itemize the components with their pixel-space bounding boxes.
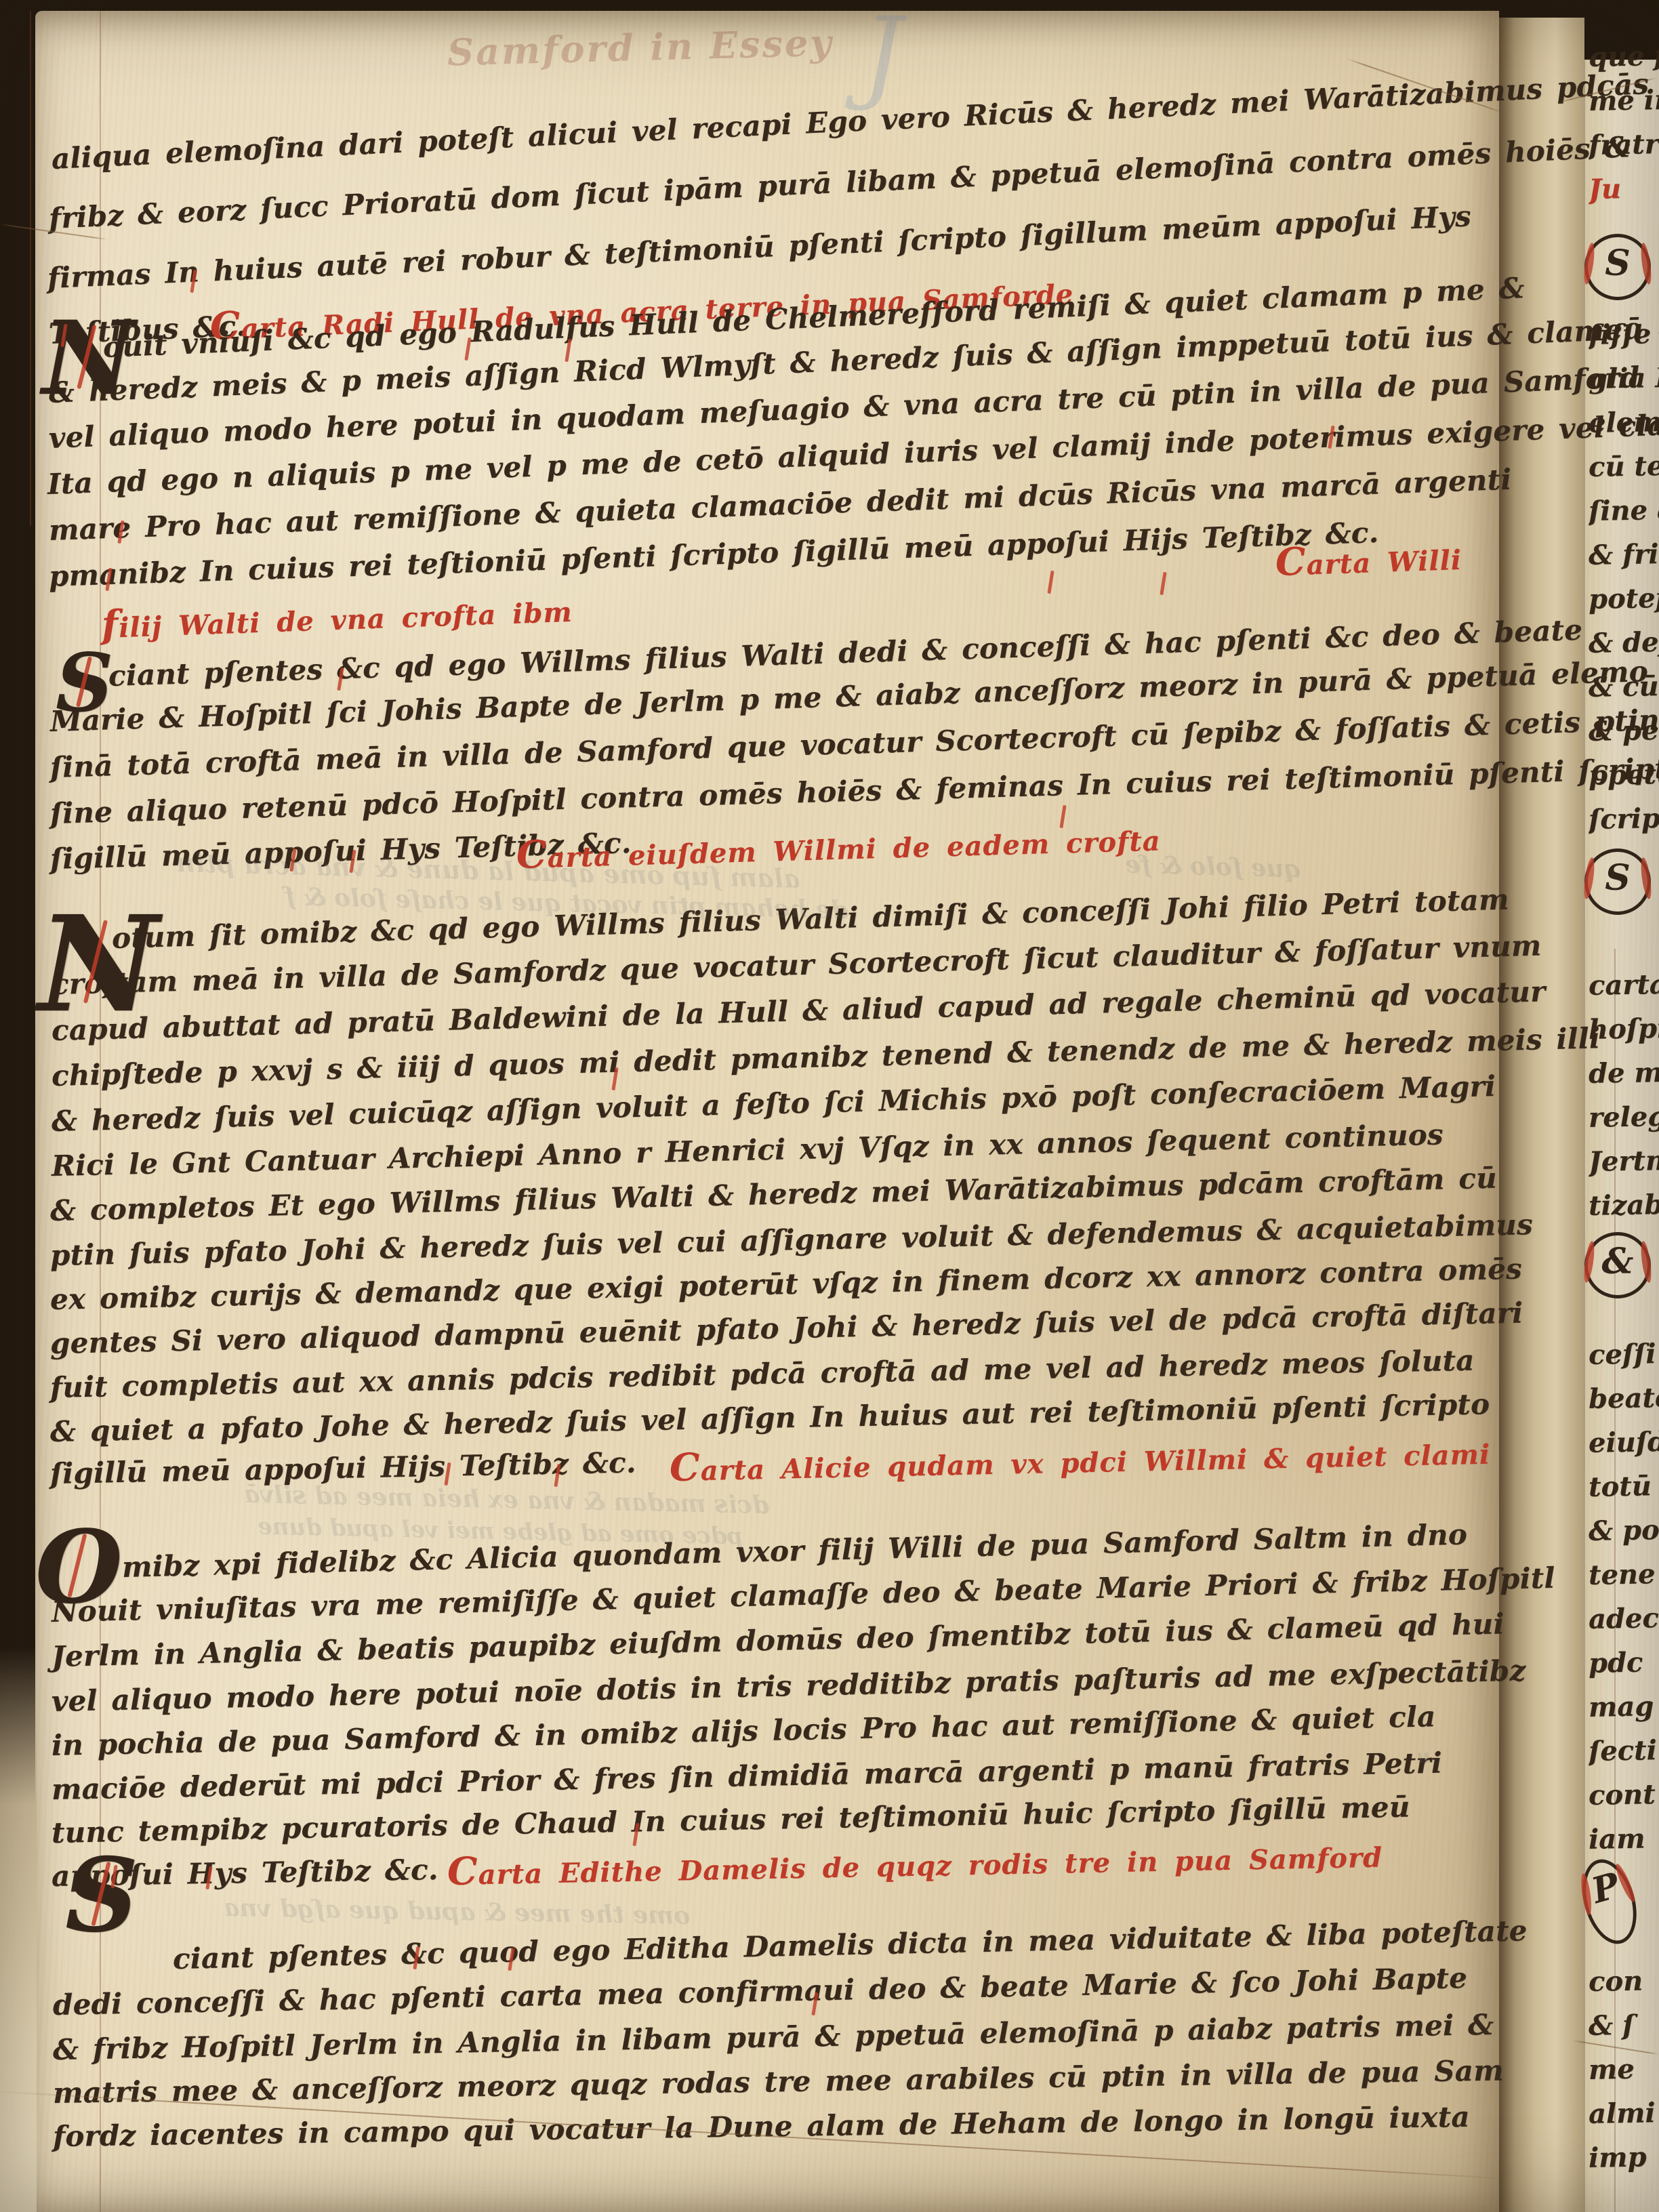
next-folio-text-fragment: ſine al — [1589, 494, 1659, 527]
next-folio-text-fragment: & cū ſe — [1589, 670, 1659, 703]
next-folio-text-fragment: ſiſſe & — [1589, 318, 1659, 351]
show-through-text: que ſolo & fe — [1124, 851, 1301, 884]
next-folio-text-fragment: me — [1589, 2053, 1659, 2086]
illuminated-initial: N — [42, 310, 135, 407]
next-folio-text-fragment: me in pr — [1589, 84, 1659, 117]
next-folio-text-fragment: & fribz — [1589, 538, 1659, 571]
next-folio-text-fragment: cū ter — [1589, 450, 1659, 483]
illuminated-initial: S — [65, 1847, 138, 1944]
illuminated-initial: N — [38, 901, 159, 1027]
next-folio-text-fragment: hoſpit — [1589, 1012, 1659, 1046]
next-folio-text-fragment: & defe — [1589, 626, 1659, 659]
next-folio-text-fragment: poteſt — [1589, 582, 1659, 615]
next-folio-text-fragment: totū — [1589, 1470, 1659, 1503]
initial-glyph: N — [38, 886, 159, 1042]
next-folio-text-fragment: glia F — [1589, 362, 1659, 395]
next-folio-text-fragment: carta — [1589, 968, 1659, 1002]
next-folio-text-fragment: eiuſd — [1589, 1426, 1659, 1459]
next-folio-text-fragment: Ju — [1589, 172, 1659, 205]
circled-initial-glyph: S — [1588, 243, 1647, 284]
circled-initial: & — [1584, 1232, 1651, 1298]
circled-initial-glyph: S — [1588, 857, 1647, 899]
next-folio-text-fragment: fratribz — [1589, 128, 1659, 161]
next-folio-text-fragment: que fint — [1589, 40, 1659, 73]
next-folio-text-fragment: ceſſi — [1589, 1338, 1659, 1371]
manuscript-photo: Samford in Essey J aliqua elemoſina dari… — [0, 0, 1659, 2212]
next-folio-text-fragment: beate — [1589, 1382, 1659, 1415]
next-folio-text-fragment: & po — [1589, 1514, 1659, 1547]
next-folio-text-fragment: relegi — [1589, 1101, 1659, 1134]
show-through-text: u — [1416, 1745, 1430, 1767]
next-folio-text-fragment: mag — [1589, 1690, 1659, 1723]
next-folio-text-fragment: ppetu — [1589, 758, 1659, 792]
circled-initial: S — [1584, 848, 1651, 915]
next-folio-text-fragment: almi — [1589, 2097, 1659, 2130]
initial-glyph: N — [42, 299, 135, 418]
next-folio-text-fragment: tene — [1589, 1558, 1659, 1591]
under-leaf-corner — [0, 1647, 37, 2212]
next-folio-text-fragment: cont — [1589, 1778, 1659, 1811]
next-folio-text-fragment: ſcripo — [1589, 802, 1659, 836]
next-folio-text-fragment: Jertm — [1589, 1145, 1659, 1178]
next-folio-text-fragment: con — [1589, 1965, 1659, 1998]
next-folio-text-fragment: ſecti — [1589, 1734, 1659, 1767]
illuminated-initial: O — [35, 1519, 123, 1615]
next-folio-text-fragment: & petu — [1589, 714, 1659, 747]
next-folio-text-fragment: & ſ — [1589, 2009, 1659, 2042]
edge-ruling-line — [30, 11, 31, 526]
next-folio-text-fragment: adec — [1589, 1602, 1659, 1635]
next-folio-text-fragment: de mo — [1589, 1057, 1659, 1090]
rubric-line: Carta Willi — [1275, 536, 1462, 584]
next-folio-text-fragment: pdc — [1589, 1646, 1659, 1679]
illuminated-initial: S — [56, 645, 113, 721]
next-folio-text-fragment: elemoſ — [1589, 406, 1659, 439]
next-folio-text-fragment: imp — [1589, 2141, 1659, 2174]
next-folio-text-fragment: tizab — [1589, 1189, 1659, 1222]
showthrough-flourish-glyph: J — [862, 0, 903, 114]
next-folio-text-fragment: iam — [1589, 1822, 1659, 1856]
circled-initial-glyph: & — [1588, 1241, 1647, 1282]
circled-initial: S — [1584, 234, 1651, 300]
